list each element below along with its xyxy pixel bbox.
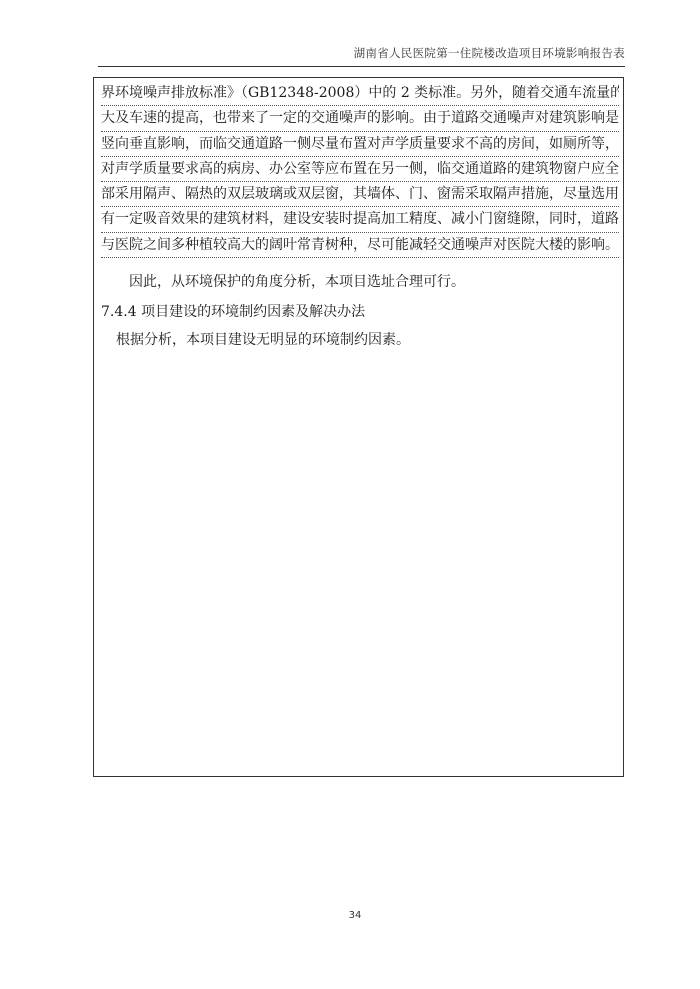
paragraph-line: 有一定吸音效果的建筑材料，建设安装时提高加工精度、减小门窗缝隙，同时，道路: [101, 207, 619, 232]
page-number: 34: [340, 910, 370, 921]
paragraph-line: 部采用隔声、隔热的双层玻璃或双层窗，其墙体、门、窗需采取隔声措施，尽量选用: [101, 182, 619, 207]
paragraph-line: 对声学质量要求高的病房、办公室等应布置在另一侧，临交通道路的建筑物窗户应全: [101, 157, 619, 182]
section-heading: 7.4.4 项目建设的环境制约因素及解决办法: [101, 301, 365, 323]
paragraph-line: 大及车速的提高，也带来了一定的交通噪声的影响。由于道路交通噪声对建筑影响是: [101, 106, 619, 131]
paragraph-line: 与医院之间多种植较高大的阔叶常青树种，尽可能减轻交通噪声对医院大楼的影响。: [101, 233, 619, 258]
page-header: 湖南省人民医院第一住院楼改造项目环境影响报告表: [98, 44, 625, 67]
conclusion-text: 因此，从环境保护的角度分析，本项目选址合理可行。: [129, 271, 465, 293]
paragraph-line: 界环境噪声排放标准》（GB12348-2008）中的 2 类标准。另外，随着交通…: [101, 81, 619, 106]
content-table-cell: 界环境噪声排放标准》（GB12348-2008）中的 2 类标准。另外，随着交通…: [93, 77, 624, 777]
paragraph-line: 竖向垂直影响，而临交通道路一侧尽量布置对声学质量要求不高的房间，如厕所等，: [101, 132, 619, 157]
section-text: 根据分析，本项目建设无明显的环境制约因素。: [116, 329, 410, 351]
noise-mitigation-paragraph: 界环境噪声排放标准》（GB12348-2008）中的 2 类标准。另外，随着交通…: [101, 81, 619, 258]
document-title: 湖南省人民医院第一住院楼改造项目环境影响报告表: [354, 46, 625, 60]
